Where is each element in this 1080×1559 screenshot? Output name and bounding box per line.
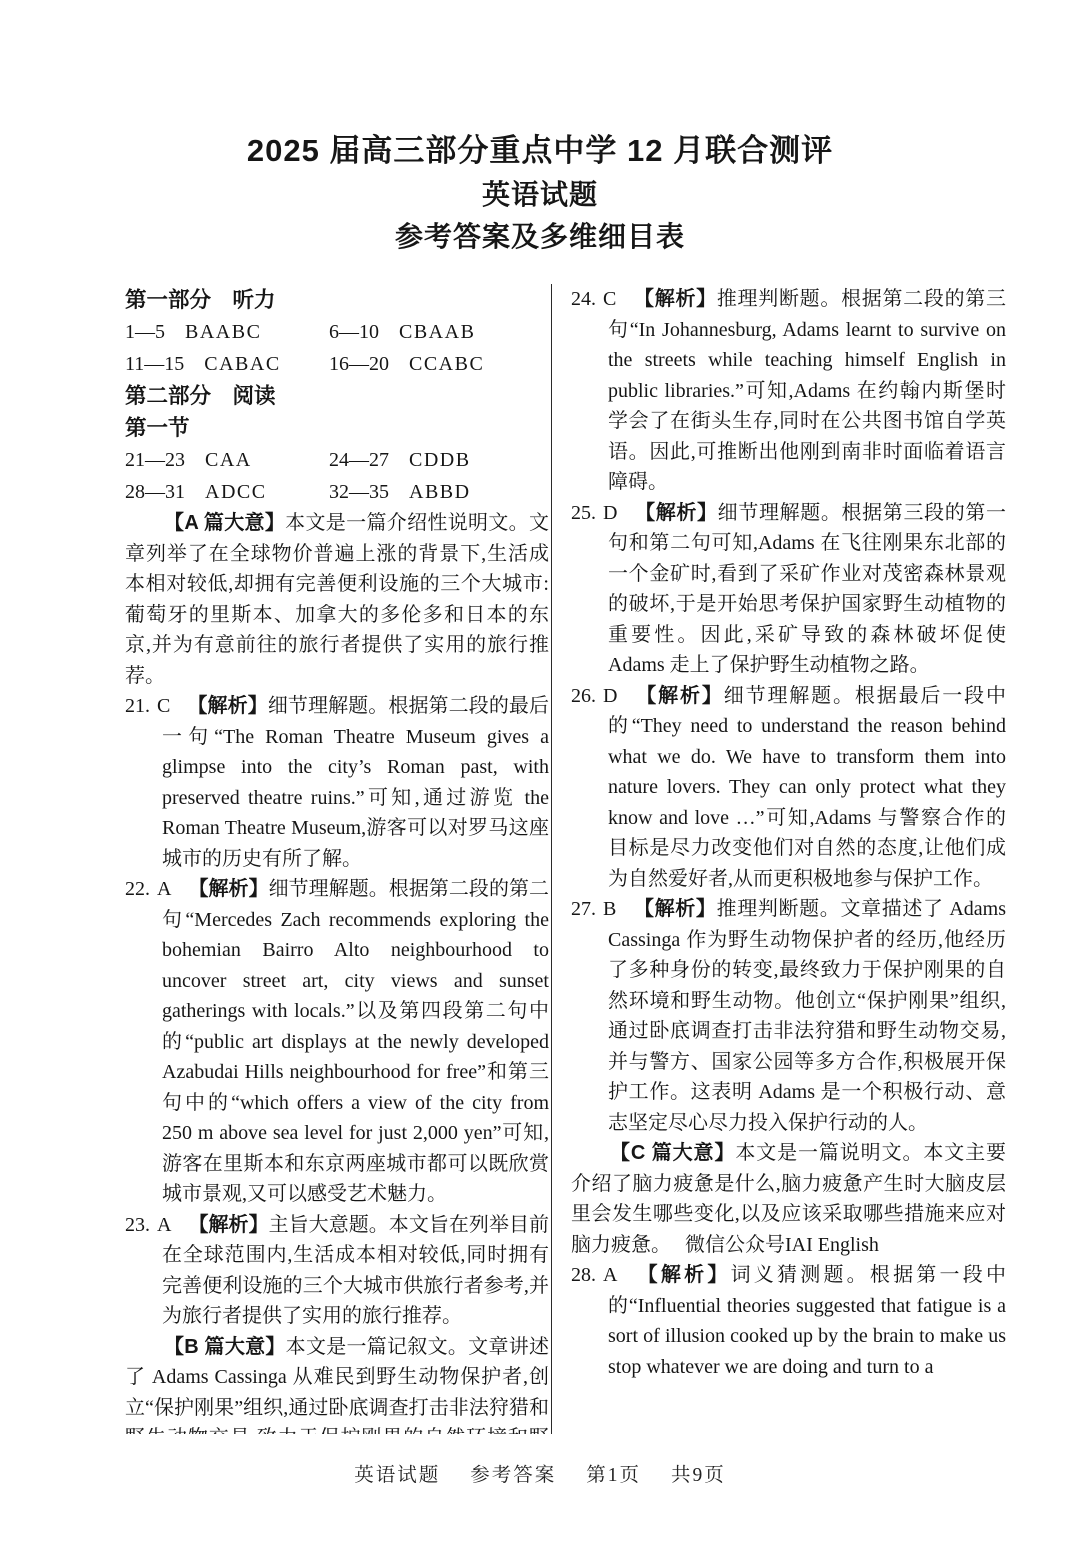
answer-letters: BAABC xyxy=(185,316,261,348)
question-range: 24—27 xyxy=(329,444,389,476)
subject-title: 英语试题 xyxy=(0,174,1080,216)
question-number: 24. xyxy=(571,288,596,310)
page-footer: 英语试题 参考答案 第1页 共9页 xyxy=(0,1459,1080,1487)
summary-a-text: 本文是一篇介绍性说明文。文章列举了在全球物价普遍上涨的背景下,生活成本相对较低,… xyxy=(125,512,549,687)
passage-b-summary: 【B 篇大意】本文是一篇记叙文。文章讲述了 Adams Cassinga 从难民… xyxy=(125,1332,549,1435)
explanation-text: 细节理解题。根据第二段的最后一句“The Roman Theatre Museu… xyxy=(162,695,549,870)
question-number: 28. xyxy=(571,1264,596,1286)
analysis-label: 【解析】 xyxy=(188,878,268,900)
explanation-item-21: 21.C【解析】细节理解题。根据第二段的最后一句“The Roman Theat… xyxy=(125,691,549,874)
question-range: 28—31 xyxy=(125,476,185,508)
footer-doc-type: 参考答案 xyxy=(470,1459,556,1487)
explanation-item-28: 28.A【解析】词义猜测题。根据第一段中的“Influential theori… xyxy=(571,1260,1006,1382)
question-number: 26. xyxy=(571,685,596,707)
answer-cell: 24—27CDDB xyxy=(329,444,471,476)
explanation-item-25: 25.D【解析】细节理解题。根据第三段的第一句和第二句可知,Adams 在飞往刚… xyxy=(571,498,1006,681)
answer-cell: 28—31ADCC xyxy=(125,476,329,508)
right-column: 24.C【解析】推理判断题。根据第二段的第三句“In Johannesburg,… xyxy=(551,284,1006,1434)
summary-a-label: 【A 篇大意】 xyxy=(164,512,285,534)
question-number: 23. xyxy=(125,1214,150,1236)
answer-letters: ABBD xyxy=(409,476,471,508)
answer-key-page: 2025 届高三部分重点中学 12 月联合测评 英语试题 参考答案及多维细目表 … xyxy=(0,0,1080,1559)
answer-letter: D xyxy=(603,685,617,707)
reading-answers-row-1: 21—23CAA 24—27CDDB xyxy=(125,444,549,476)
analysis-label: 【解析】 xyxy=(188,1214,268,1236)
listening-answers-row-1: 1—5BAABC 6—10CBAAB xyxy=(125,316,549,348)
explanation-item-27: 27.B【解析】推理判断题。文章描述了 Adams Cassinga 作为野生动… xyxy=(571,894,1006,1138)
answer-letters: CAA xyxy=(205,444,252,476)
explanation-text: 推理判断题。根据第二段的第三句“In Johannesburg, Adams l… xyxy=(608,288,1006,493)
analysis-label: 【解析】 xyxy=(634,685,723,707)
reading-answers-row-2: 28—31ADCC 32—35ABBD xyxy=(125,476,549,508)
explanation-text: 细节理解题。根据最后一段中的“They need to understand t… xyxy=(608,685,1006,890)
answer-letter: C xyxy=(603,288,616,310)
explanation-item-22: 22.A【解析】细节理解题。根据第二段的第二句“Mercedes Zach re… xyxy=(125,874,549,1210)
explanation-text: 细节理解题。根据第二段的第二句“Mercedes Zach recommends… xyxy=(162,878,549,1205)
question-number: 22. xyxy=(125,878,150,900)
analysis-label: 【解析】 xyxy=(633,898,716,920)
passage-a-summary: 【A 篇大意】本文是一篇介绍性说明文。文章列举了在全球物价普遍上涨的背景下,生活… xyxy=(125,508,549,691)
question-range: 21—23 xyxy=(125,444,185,476)
question-range: 16—20 xyxy=(329,348,389,380)
answer-letters: CDDB xyxy=(409,444,471,476)
question-range: 1—5 xyxy=(125,316,165,348)
explanation-item-24: 24.C【解析】推理判断题。根据第二段的第三句“In Johannesburg,… xyxy=(571,284,1006,498)
answer-cell: 11—15CABAC xyxy=(125,348,329,380)
answer-letter: C xyxy=(157,695,170,717)
answer-letter: B xyxy=(603,898,616,920)
question-number: 27. xyxy=(571,898,596,920)
summary-c-label: 【C 篇大意】 xyxy=(610,1142,735,1164)
analysis-label: 【解析】 xyxy=(633,288,717,310)
footer-page-total: 共9页 xyxy=(671,1459,726,1487)
explanation-text: 细节理解题。根据第三段的第一句和第二句可知,Adams 在飞往刚果东北部的一个金… xyxy=(608,502,1006,677)
question-number: 21. xyxy=(125,695,150,717)
title-block: 2025 届高三部分重点中学 12 月联合测评 英语试题 参考答案及多维细目表 xyxy=(0,0,1080,258)
question-range: 6—10 xyxy=(329,316,379,348)
analysis-label: 【解析】 xyxy=(634,1264,730,1286)
answer-letters: CCABC xyxy=(409,348,484,380)
answer-letters: ADCC xyxy=(205,476,267,508)
answer-cell: 6—10CBAAB xyxy=(329,316,475,348)
listening-answers-row-2: 11—15CABAC 16—20CCABC xyxy=(125,348,549,380)
question-range: 11—15 xyxy=(125,348,184,380)
two-column-body: 第一部分 听力 1—5BAABC 6—10CBAAB 11—15CABAC 16… xyxy=(125,284,1006,1434)
answer-letter: A xyxy=(157,1214,171,1236)
footer-page-number: 第1页 xyxy=(586,1459,641,1487)
explanation-item-23: 23.A【解析】主旨大意题。本文旨在列举目前在全球范围内,生活成本相对较低,同时… xyxy=(125,1210,549,1332)
explanation-item-26: 26.D【解析】细节理解题。根据最后一段中的“They need to unde… xyxy=(571,681,1006,895)
question-number: 25. xyxy=(571,502,596,524)
question-range: 32—35 xyxy=(329,476,389,508)
page-title: 2025 届高三部分重点中学 12 月联合测评 xyxy=(0,128,1080,174)
answer-key-title: 参考答案及多维细目表 xyxy=(0,216,1080,258)
answer-cell: 32—35ABBD xyxy=(329,476,471,508)
answer-cell: 16—20CCABC xyxy=(329,348,484,380)
left-column: 第一部分 听力 1—5BAABC 6—10CBAAB 11—15CABAC 16… xyxy=(125,284,551,1434)
answer-letters: CABAC xyxy=(204,348,280,380)
summary-b-label: 【B 篇大意】 xyxy=(164,1336,286,1358)
explanation-text: 推理判断题。文章描述了 Adams Cassinga 作为野生动物保护者的经历,… xyxy=(608,898,1006,1134)
analysis-label: 【解析】 xyxy=(187,695,267,717)
footer-subject: 英语试题 xyxy=(354,1459,440,1487)
analysis-label: 【解析】 xyxy=(634,502,717,524)
part1-heading: 第一部分 听力 xyxy=(125,284,549,316)
answer-letter: A xyxy=(157,878,171,900)
answer-letters: CBAAB xyxy=(399,316,475,348)
answer-cell: 21—23CAA xyxy=(125,444,329,476)
part2-heading: 第二部分 阅读 xyxy=(125,380,549,412)
answer-letter: D xyxy=(603,502,617,524)
section1-heading: 第一节 xyxy=(125,412,549,444)
answer-letter: A xyxy=(603,1264,617,1286)
wechat-watermark: 微信公众号IAI English xyxy=(685,1234,879,1256)
answer-cell: 1—5BAABC xyxy=(125,316,329,348)
passage-c-summary: 【C 篇大意】本文是一篇说明文。本文主要介绍了脑力疲惫是什么,脑力疲惫产生时大脑… xyxy=(571,1138,1006,1260)
